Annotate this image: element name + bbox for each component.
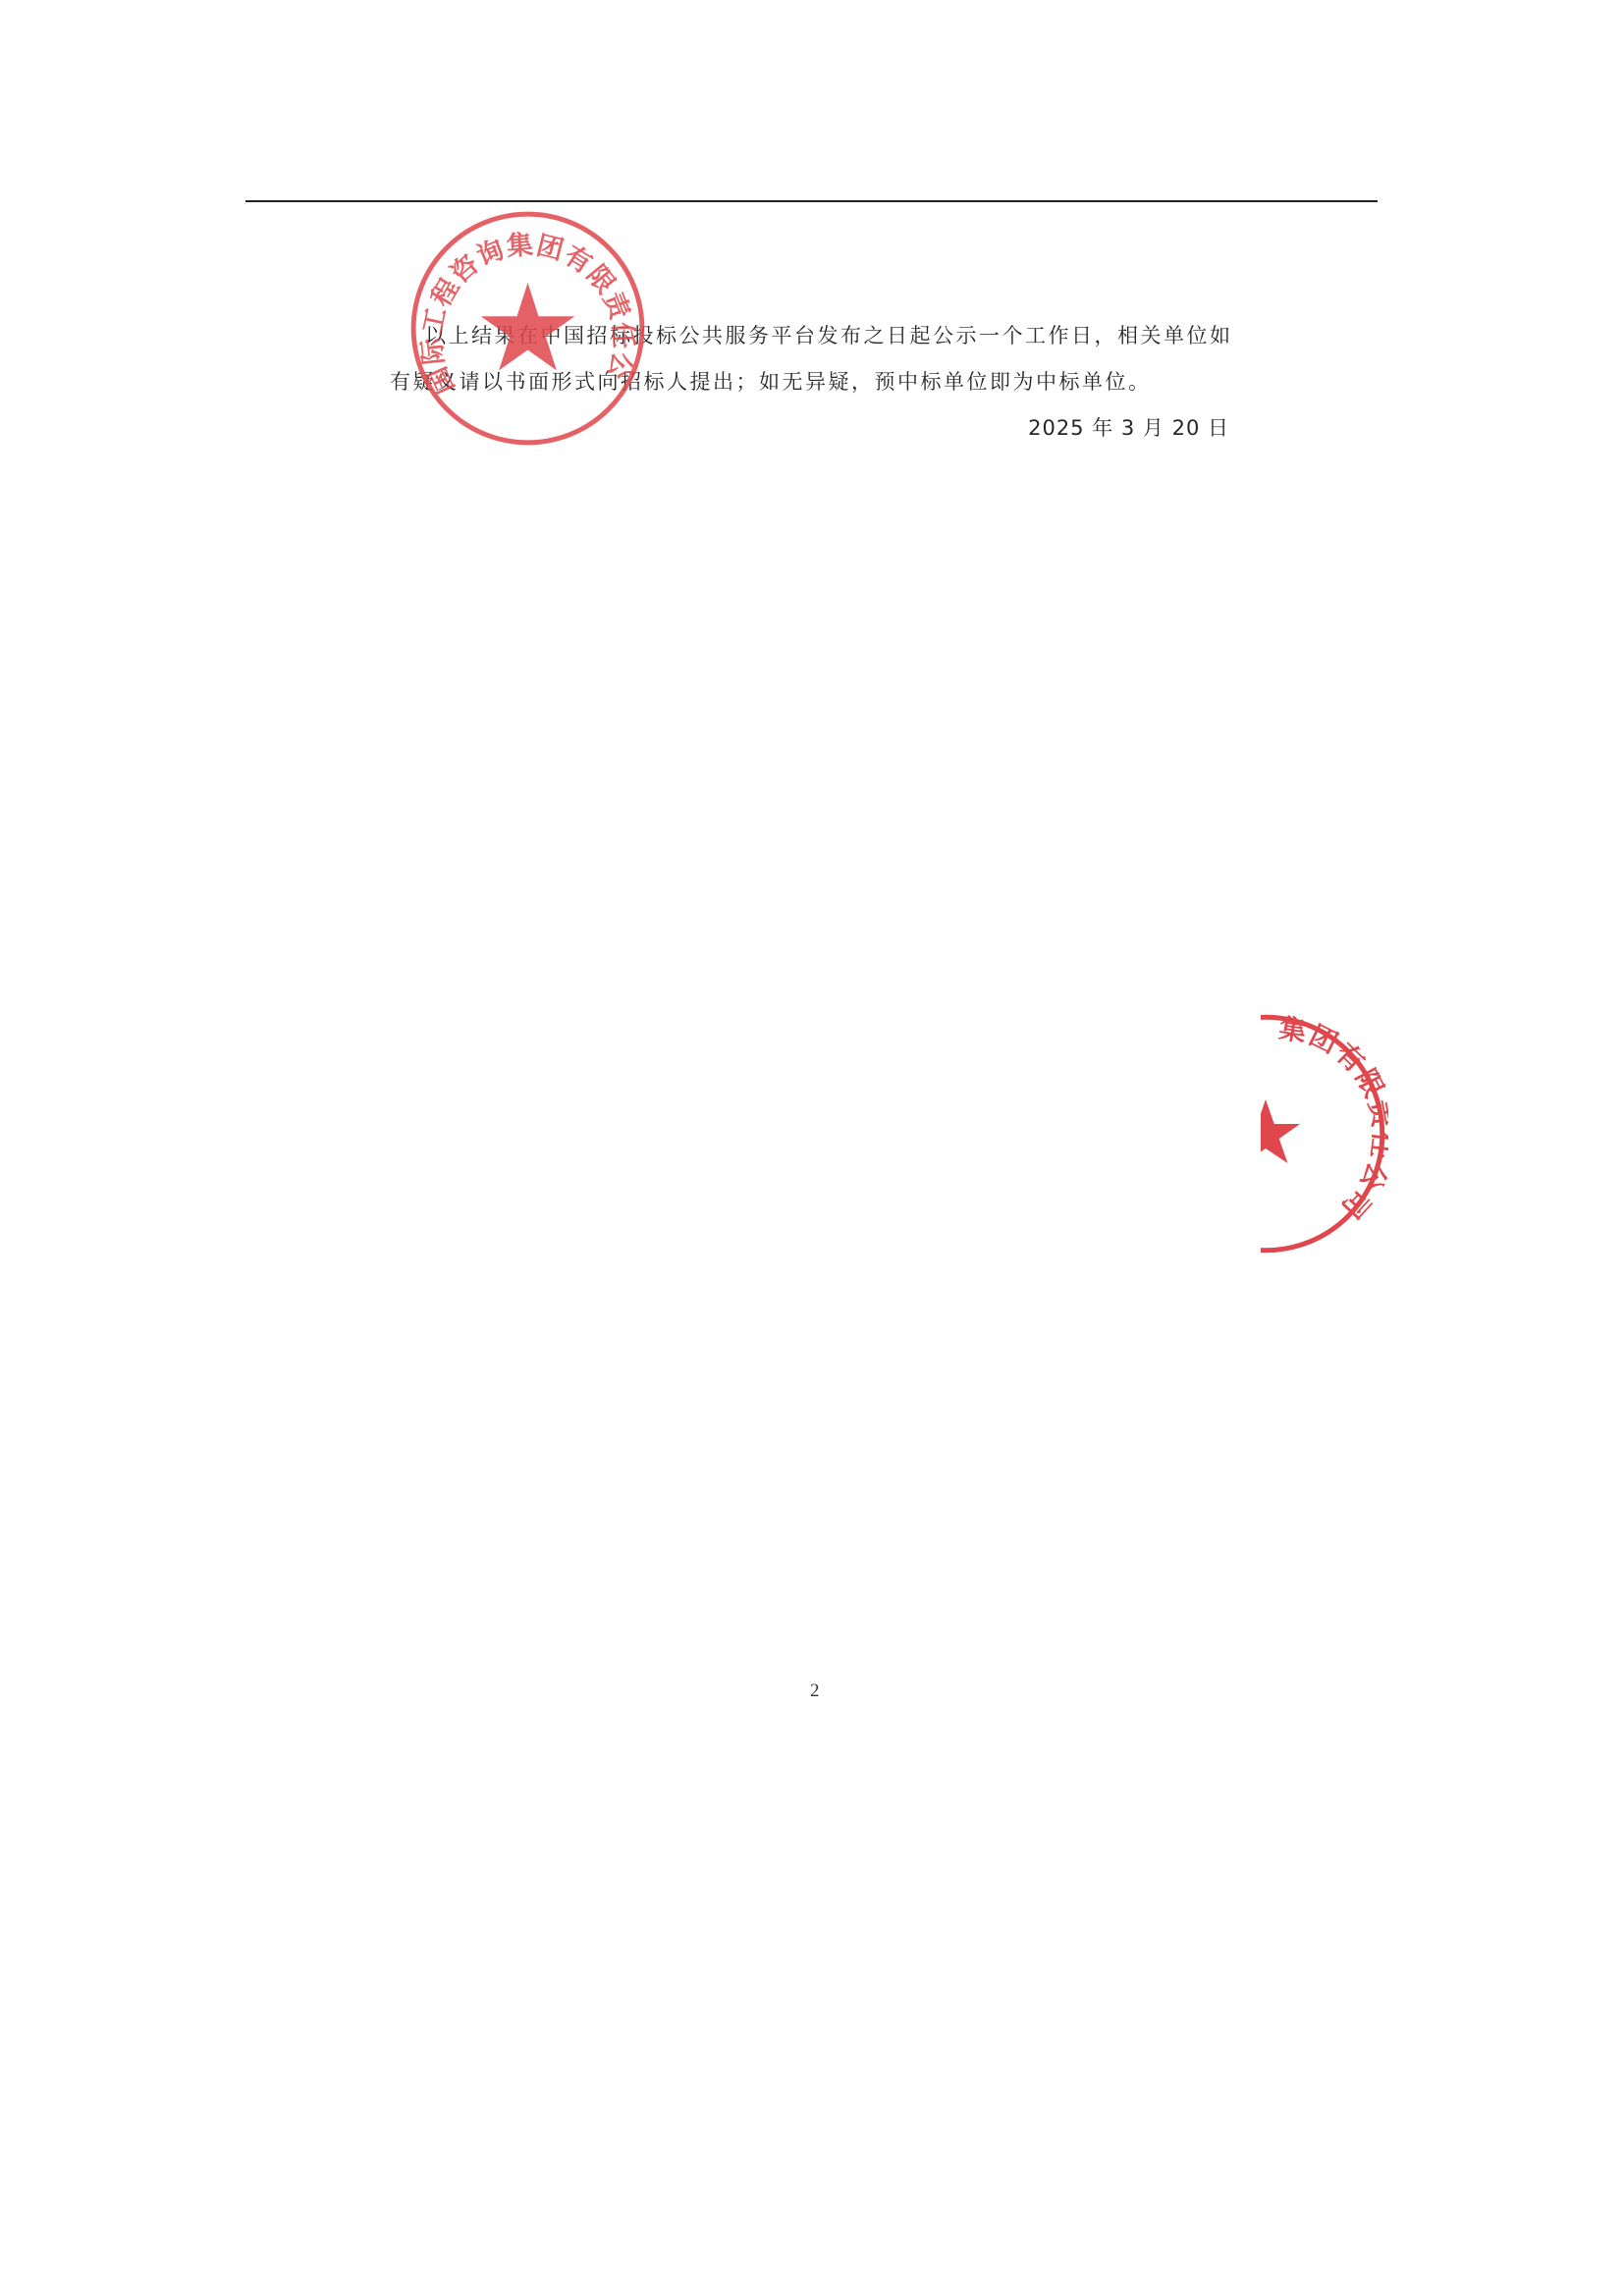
edge-seal-text: 集团有限责任公司	[1276, 1013, 1388, 1226]
svg-text:集团有限责任公司: 集团有限责任公司	[1276, 1013, 1388, 1226]
page-number: 2	[810, 1681, 820, 1702]
document-date: 2025 年 3 月 20 日	[1028, 412, 1229, 442]
header-rule	[245, 200, 1378, 202]
body-text-line-2: 有疑义请以书面形式向招标人提出；如无异疑，预中标单位即为中标单位。	[390, 366, 1152, 396]
body-text-line-1: 以上结果在中国招标投标公共服务平台发布之日起公示一个工作日，相关单位如	[425, 320, 1233, 349]
edge-seal-clip: 集团有限责任公司	[1261, 1001, 1398, 1266]
edge-seal-stamp: 集团有限责任公司	[1261, 1011, 1388, 1256]
star-icon	[1261, 1099, 1300, 1163]
